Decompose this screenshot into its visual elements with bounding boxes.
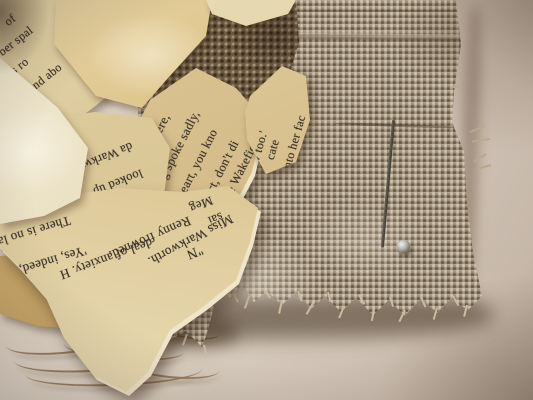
straight-pin <box>0 0 533 400</box>
photo-paper-collage-on-linen: of ber spal legs ro y now and abo E. Buc… <box>0 0 533 400</box>
pin-shaft <box>381 120 395 248</box>
pin-head <box>397 240 410 253</box>
